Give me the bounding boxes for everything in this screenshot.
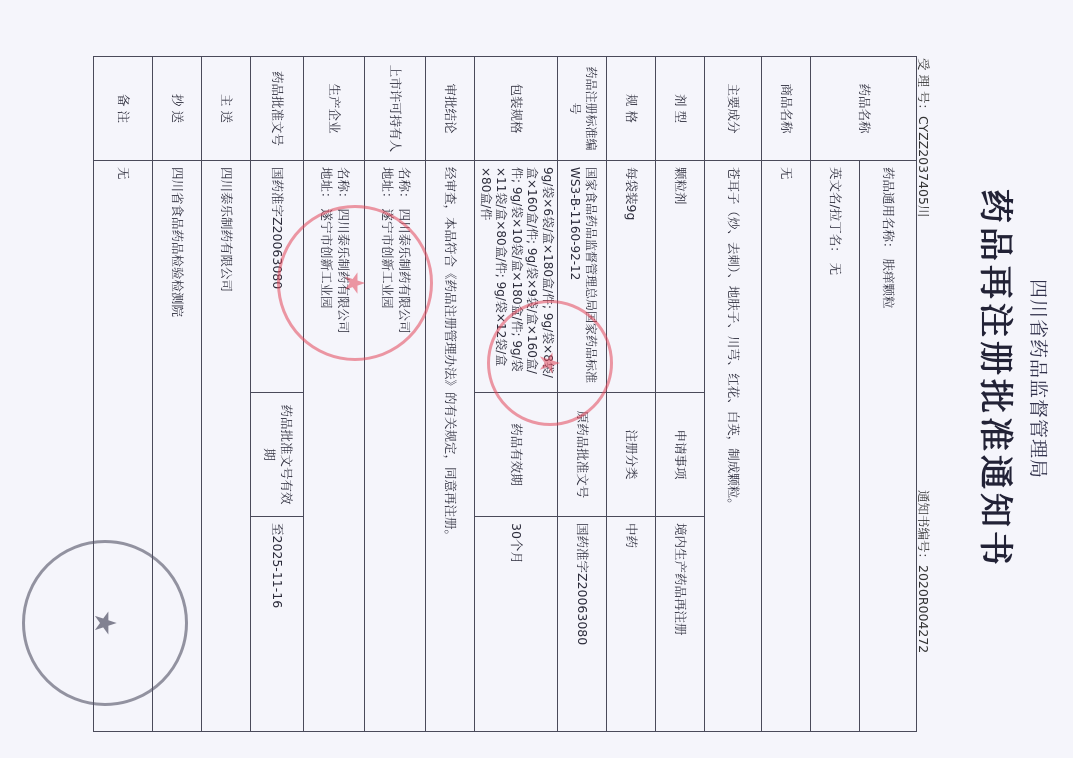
issuing-organization: 四川省药品监督管理局 [1026,0,1053,758]
drug-name-label: 药品名称 [811,57,917,161]
notice-number: 通知书编号：2020R004272 [915,490,933,653]
cc-label: 抄 送 [153,57,202,161]
notice-number-label: 通知书编号： [916,490,931,565]
english-name: 英文名/拉丁名： 无 [811,161,860,732]
trade-name-label: 商品名称 [762,57,811,161]
packaging-label: 包装规格 [475,57,558,161]
generic-name: 药品通用名称： 肤痒颗粒 [860,161,917,732]
row-trade-name: 商品名称 无 [762,57,811,732]
notice-number-value: 2020R004272 [916,565,931,653]
main-recipient: 四川泰乐制药有限公司 [202,161,251,732]
spec: 每袋装9g [607,161,656,393]
row-main-recipient: 主 送 四川泰乐制药有限公司 [202,57,251,732]
row-dosage-form: 剂 型 颗粒剂 申请事项 境内生产药品再注册 [656,57,705,732]
ingredients-label: 主要成分 [705,57,762,161]
dosage-form-label: 剂 型 [656,57,705,161]
acceptance-number: 受 理 号：CYZZ2037405川 [915,58,933,217]
row-mah: 上市许可持有人 名称： 四川泰乐制药有限公司 地址： 遂宁市创新工业园 [365,57,426,732]
acceptance-number-label: 受 理 号： [916,58,931,116]
mah-label: 上市许可持有人 [365,57,426,161]
trade-name: 无 [762,161,811,732]
row-ingredients: 主要成分 苍耳子（炒、去刺）、地肤子、川芎、红花、白英，制成颗粒。 [705,57,762,732]
manufacturer-label: 生产企业 [304,57,365,161]
remarks-label: 备 注 [94,57,153,161]
shelf-life: 30个月 [475,517,558,732]
original-approval: 国药准字Z20063080 [558,517,607,732]
row-spec: 规 格 每袋装9g 注册分类 中药 [607,57,656,732]
row-conclusion: 审批结论 经审查，本品符合《药品注册管理办法》的有关规定，同意再注册。 [426,57,475,732]
document-page: 四川省药品监督管理局 药品再注册批准通知书 受 理 号：CYZZ2037405川… [0,0,1073,758]
agency-seal: ★ [22,540,188,706]
conclusion-label: 审批结论 [426,57,475,161]
ingredients: 苍耳子（炒、去刺）、地肤子、川芎、红花、白英，制成颗粒。 [705,161,762,732]
company-seal: ★ [277,205,433,361]
document-title: 药品再注册批准通知书 [974,0,1023,758]
application: 境内生产药品再注册 [656,517,705,732]
approval-validity: 至2025-11-16 [251,517,304,732]
spec-label: 规 格 [607,57,656,161]
registration-class-label: 注册分类 [607,393,656,517]
dosage-form: 颗粒剂 [656,161,705,393]
row-approval-number: 药品批准文号 国药准字Z20063080 药品批准文号有效期 至2025-11-… [251,57,304,732]
row-manufacturer: 生产企业 名称： 四川泰乐制药有限公司 地址： 遂宁市创新工业园 [304,57,365,732]
row-drug-name: 药品名称 药品通用名称： 肤痒颗粒 [860,57,917,732]
application-label: 申请事项 [656,393,705,517]
acceptance-number-value: CYZZ2037405川 [916,116,931,217]
approval-number-label: 药品批准文号 [251,57,304,161]
registration-class: 中药 [607,517,656,732]
main-recipient-label: 主 送 [202,57,251,161]
hospital-seal: ★ [487,300,613,426]
approval-validity-label: 药品批准文号有效期 [251,393,304,517]
standard-label: 药品注册标准编号 [558,57,607,161]
conclusion: 经审查，本品符合《药品注册管理办法》的有关规定，同意再注册。 [426,161,475,732]
